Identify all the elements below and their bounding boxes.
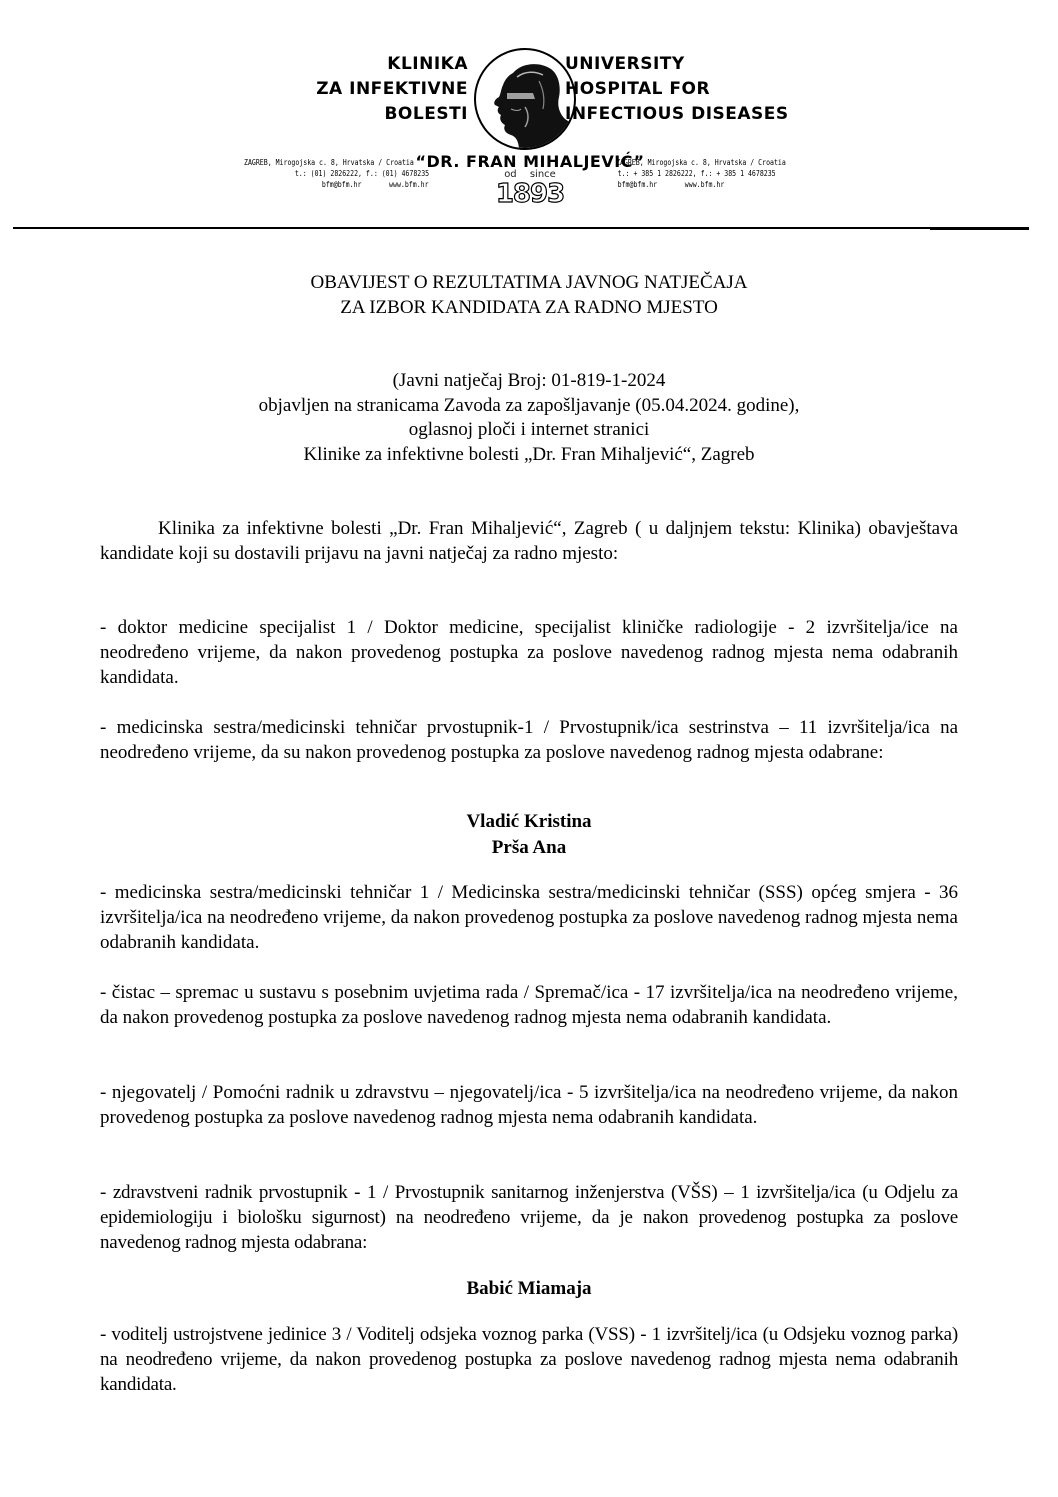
email-link[interactable]: bfm@bfm.hr (322, 180, 362, 189)
web-link[interactable]: www.bfm.hr (685, 180, 725, 189)
address-block-right: ZAGREB, Mirogojska c. 8, Hrvatska / Croa… (616, 157, 786, 190)
position-paragraph: - zdravstveni radnik prvostupnik - 1 / P… (100, 1180, 958, 1255)
position-paragraph: - čistac – spremac u sustavu s posebnim … (100, 980, 958, 1030)
title-line: OBAVIJEST O REZULTATIMA JAVNOG NATJEČAJA (100, 270, 958, 295)
competition-line: Klinike za infektivne bolesti „Dr. Fran … (100, 443, 958, 468)
position-paragraph: - medicinska sestra/medicinski tehničar … (100, 715, 958, 765)
email-link[interactable]: bfm@bfm.hr (618, 180, 658, 189)
address-block-left: ZAGREB, Mirogojska c. 8, Hrvatska / Croa… (244, 157, 429, 190)
competition-line: oglasnoj ploči i internet stranici (100, 418, 958, 443)
letterhead-line: INFECTIOUS DISEASES (565, 102, 789, 127)
letterhead-english-name: UNIVERSITY HOSPITAL FOR INFECTIOUS DISEA… (565, 52, 789, 127)
phone-line: t.: + 385 1 2826222, f.: + 385 1 4678235 (616, 168, 786, 179)
position-paragraph: - voditelj ustrojstvene jedinice 3 / Vod… (100, 1322, 958, 1397)
letterhead-line: BOLESTI (316, 102, 468, 127)
phone-line: t.: (01) 2826222, f.: (01) 4678235 (244, 168, 429, 179)
competition-line: (Javni natječaj Broj: 01-819-1-2024 (100, 369, 958, 394)
web-link[interactable]: www.bfm.hr (389, 180, 429, 189)
position-paragraph: - doktor medicine specijalist 1 / Doktor… (100, 615, 958, 690)
intro-text: Klinika za infektivne bolesti „Dr. Fran … (100, 518, 958, 564)
letterhead-line: ZA INFEKTIVNE (316, 77, 468, 102)
letterhead-line: KLINIKA (316, 52, 468, 77)
competition-reference: (Javni natječaj Broj: 01-819-1-2024 obja… (100, 369, 958, 467)
header-divider (13, 227, 1029, 229)
selected-candidates: Vladić Kristina Prša Ana (100, 809, 958, 861)
address-line: ZAGREB, Mirogojska c. 8, Hrvatska / Croa… (244, 157, 429, 168)
founding-year: 1893 (490, 181, 570, 207)
competition-line: objavljen na stranicama Zavoda za zapošl… (100, 394, 958, 419)
document-title: OBAVIJEST O REZULTATIMA JAVNOG NATJEČAJA… (100, 270, 958, 320)
document-page: KLINIKA ZA INFEKTIVNE BOLESTI UNIVERSITY… (0, 0, 1058, 1497)
position-paragraph: - njegovatelj / Pomoćni radnik u zdravst… (100, 1080, 958, 1130)
header-divider-accent (930, 228, 1029, 230)
candidate-name: Babić Miamaja (100, 1276, 958, 1302)
letterhead-croatian-name: KLINIKA ZA INFEKTIVNE BOLESTI (316, 52, 468, 127)
title-line: ZA IZBOR KANDIDATA ZA RADNO MJESTO (100, 295, 958, 320)
letterhead-line: UNIVERSITY (565, 52, 789, 77)
portrait-medallion-icon (473, 47, 577, 151)
candidate-name: Prša Ana (100, 835, 958, 861)
address-line: ZAGREB, Mirogojska c. 8, Hrvatska / Croa… (616, 157, 786, 168)
selected-candidates: Babić Miamaja (100, 1276, 958, 1302)
candidate-name: Vladić Kristina (100, 809, 958, 835)
letterhead-line: HOSPITAL FOR (565, 77, 789, 102)
position-paragraph: - medicinska sestra/medicinski tehničar … (100, 880, 958, 955)
intro-paragraph: Klinika za infektivne bolesti „Dr. Fran … (100, 516, 958, 566)
